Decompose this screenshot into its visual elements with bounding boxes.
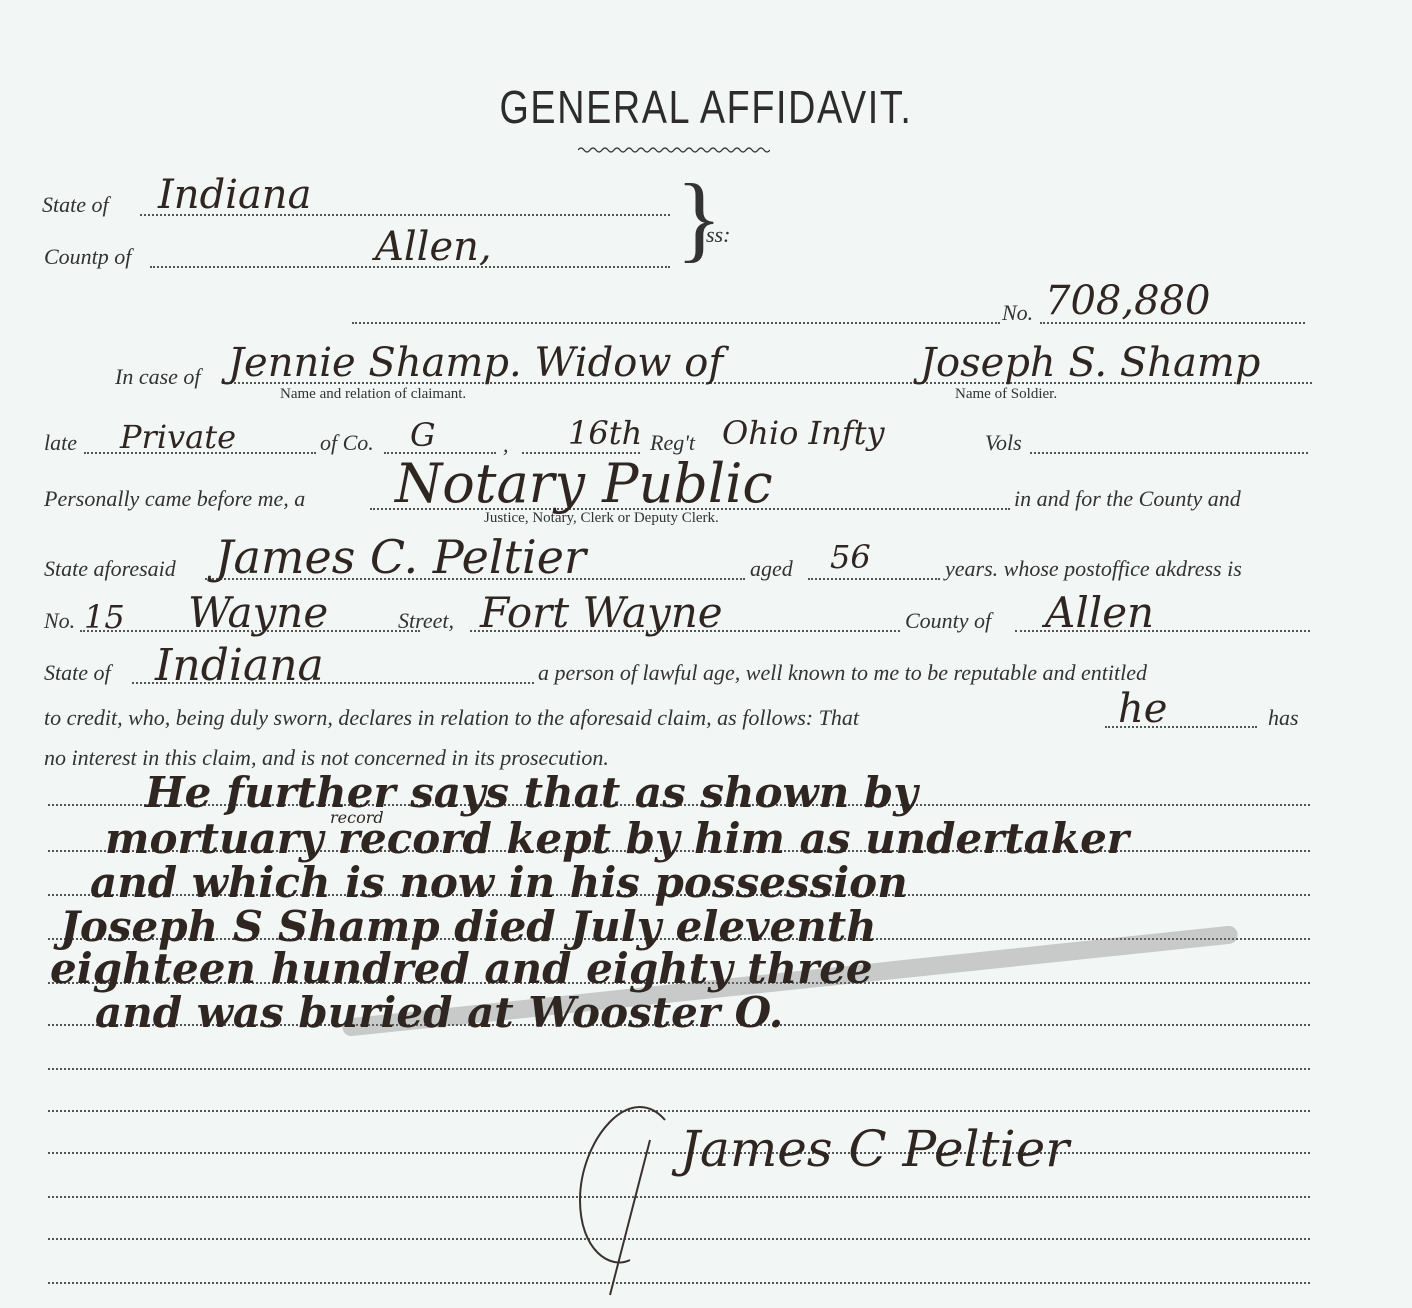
unit-state-field[interactable]: Ohio Infty (722, 414, 885, 452)
affiant-name-field[interactable]: James C. Peltier (215, 530, 586, 584)
statement-line-6: and was buried at Wooster O. (95, 988, 783, 1037)
page-title: GENERAL AFFIDAVIT. (127, 80, 1285, 134)
signature-flourish (570, 1080, 690, 1300)
regiment-field[interactable]: 16th (568, 414, 642, 452)
vols-label: Vols (985, 430, 1022, 456)
title-ornament (578, 146, 770, 154)
company-field[interactable]: G (410, 416, 436, 454)
late-label: late (44, 430, 77, 456)
signature: James C Peltier (680, 1120, 1069, 1178)
affiant-state-field[interactable]: Indiana (155, 640, 324, 691)
in-case-of-label: In case of (115, 364, 201, 390)
affiant-county-field[interactable]: Allen (1045, 588, 1154, 637)
ss-label: ss: (706, 222, 730, 248)
statement-line-3: and which is now in his possession (90, 858, 908, 907)
affiant-county-label: County of (905, 608, 991, 634)
statement-line-2: mortuary record kept by him as undertake… (105, 814, 1129, 863)
case-number-leader-line (352, 322, 1000, 324)
affiant-state-label: State of (44, 660, 111, 686)
rank-field[interactable]: Private (120, 418, 236, 456)
address-label: years. whose postoffice akdress is (945, 556, 1242, 582)
claimant-field[interactable]: Jennie Shamp. Widow of (228, 340, 723, 386)
officer-field[interactable]: Notary Public (395, 452, 773, 515)
officer-caption: Justice, Notary, Clerk or Deputy Clerk. (484, 510, 719, 527)
age-field[interactable]: 56 (830, 538, 871, 576)
street-name-field[interactable]: Wayne (188, 588, 328, 637)
company-label: of Co. (320, 430, 374, 456)
has-label: has (1268, 705, 1299, 731)
pronoun-field[interactable]: he (1118, 686, 1167, 732)
statement-line-1: He further says that as shown by (145, 768, 918, 817)
vols-line (1030, 452, 1308, 454)
case-number-field[interactable]: 708,880 (1045, 278, 1210, 324)
credit-text: to credit, who, being duly sworn, declar… (44, 705, 859, 731)
state-aforesaid-label: State aforesaid (44, 556, 176, 582)
county-field[interactable]: Allen, (375, 224, 492, 270)
street-number-field[interactable]: 15 (84, 598, 125, 636)
officer-prefix: Personally came before me, a (44, 486, 305, 512)
statement-line-5: eighteen hundred and eighty three (50, 944, 873, 993)
aged-label: aged (750, 556, 793, 582)
state-label: State of (42, 192, 109, 218)
claimant-caption: Name and relation of claimant. (280, 386, 466, 403)
street-no-label: No. (44, 608, 75, 634)
county-label: Countp of (44, 244, 131, 270)
soldier-caption: Name of Soldier. (955, 386, 1057, 403)
street-label: Street, (398, 608, 454, 634)
reputable-text: a person of lawful age, well known to me… (538, 660, 1147, 686)
venue-brace: } (676, 170, 722, 266)
case-number-label: No. (1002, 300, 1033, 326)
state-field[interactable]: Indiana (158, 172, 311, 218)
statement-rule-7 (48, 1068, 1310, 1070)
age-line (808, 578, 940, 580)
city-field[interactable]: Fort Wayne (480, 588, 723, 637)
officer-suffix: in and for the County and (1014, 486, 1241, 512)
soldier-field[interactable]: Joseph S. Shamp (920, 340, 1260, 386)
